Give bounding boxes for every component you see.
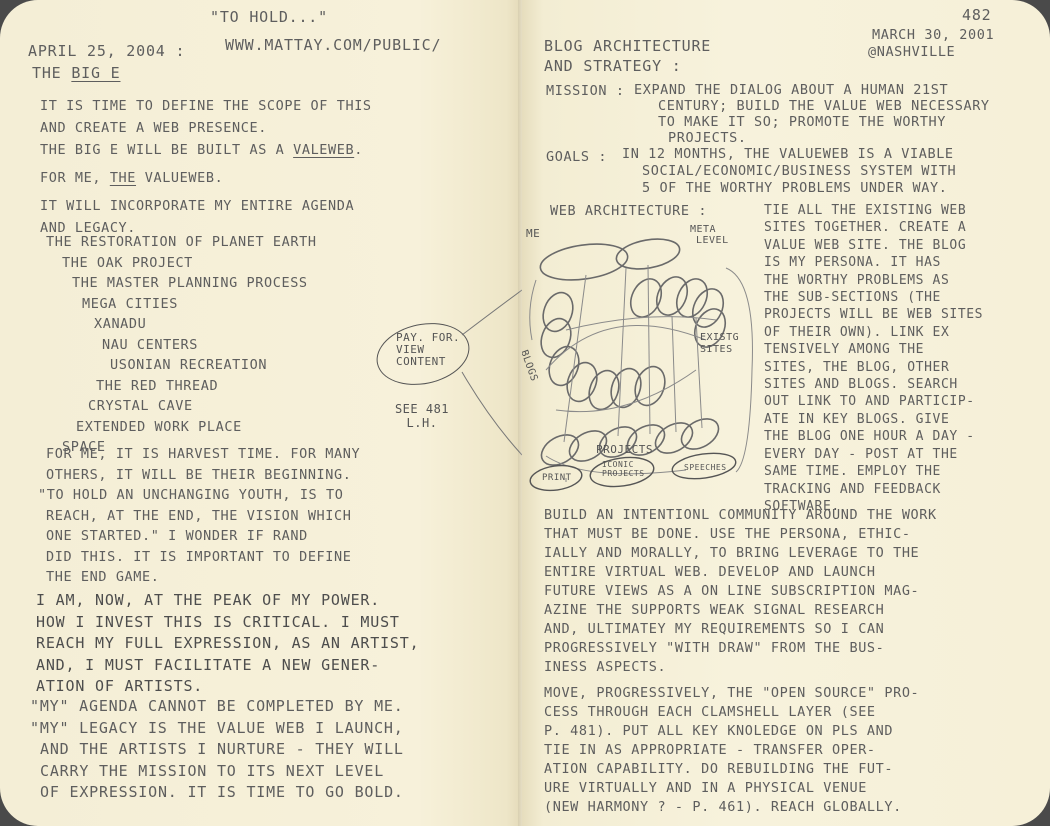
right-page: 482 MARCH 30, 2001 @NASHVILLE BLOG ARCHI… (522, 0, 1050, 826)
diagram-label-meta-level: META LEVEL (690, 224, 729, 246)
paragraph-line: (NEW HARMONY ? - P. 461). REACH GLOBALLY… (544, 798, 919, 817)
paragraph-line: OTHERS, IT WILL BE THEIR BEGINNING. (46, 465, 360, 486)
legacy-paragraph: "MY" AGENDA CANNOT BE COMPLETED BY ME. "… (30, 696, 404, 804)
paragraph-line: "MY" LEGACY IS THE VALUE WEB I LAUNCH, (30, 718, 404, 740)
left-page: "TO HOLD..." APRIL 25, 2004 : WWW.MATTAY… (0, 0, 522, 826)
paragraph-line: AZINE THE SUPPORTS WEAK SIGNAL RESEARCH (544, 601, 937, 620)
paragraph-line: ATION OF ARTISTS. (36, 676, 419, 698)
right-page-date: MARCH 30, 2001 (872, 26, 994, 44)
goals-label: GOALS : (546, 148, 607, 166)
paragraph-line: PROGRESSIVELY "WITH DRAW" FROM THE BUS- (544, 639, 937, 658)
page-number: 482 (962, 6, 992, 24)
diagram-label-print: PRINT (542, 472, 572, 484)
diagram-label-speeches: SPEECHES (684, 462, 727, 474)
community-paragraph: BUILD AN INTENTIONL COMMUNITY AROUND THE… (544, 506, 937, 677)
right-page-title: BLOG ARCHITECTURE AND STRATEGY : (544, 36, 711, 76)
right-page-location: @NASHVILLE (868, 43, 955, 61)
title-line: AND STRATEGY : (544, 56, 711, 76)
harvest-paragraph: FOR ME, IT IS HARVEST TIME. FOR MANY OTH… (46, 444, 360, 588)
paragraph-line: I AM, NOW, AT THE PEAK OF MY POWER. (36, 590, 419, 612)
paragraph-line: FOR ME, IT IS HARVEST TIME. FOR MANY (46, 444, 360, 465)
mission-label: MISSION : (546, 82, 625, 100)
web-architecture-text: TIE ALL THE EXISTING WEB SITES TOGETHER.… (764, 202, 983, 515)
paragraph-line: REACH MY FULL EXPRESSION, AS AN ARTIST, (36, 633, 419, 655)
paragraph-line: HOW I INVEST THIS IS CRITICAL. I MUST (36, 612, 419, 634)
notebook-spread: "TO HOLD..." APRIL 25, 2004 : WWW.MATTAY… (0, 0, 1050, 826)
paragraph-line: ATION CAPABILITY. DO REBUILDING THE FUT- (544, 760, 919, 779)
title-line: BLOG ARCHITECTURE (544, 36, 711, 56)
paragraph-line: AND, I MUST FACILITATE A NEW GENER- (36, 655, 419, 677)
diagram-label-existing-sites: EXISTG SITES (700, 332, 739, 356)
paragraph-line: P. 481). PUT ALL KEY KNOLEDGE ON PLS AND (544, 722, 919, 741)
paragraph-line: AND, ULTIMATEY MY REQUIREMENTS SO I CAN (544, 620, 937, 639)
paragraph-line: THAT MUST BE DONE. USE THE PERSONA, ETHI… (544, 525, 937, 544)
paragraph-line: TIE IN AS APPROPRIATE - TRANSFER OPER- (544, 741, 919, 760)
diagram-label-me: ME (526, 228, 540, 240)
paragraph-line: MOVE, PROGRESSIVELY, THE "OPEN SOURCE" P… (544, 684, 919, 703)
paragraph-line: AND THE ARTISTS I NURTURE - THEY WILL (40, 739, 404, 761)
open-source-paragraph: MOVE, PROGRESSIVELY, THE "OPEN SOURCE" P… (544, 684, 919, 817)
diagram-label-projects: PROJECTS (596, 444, 653, 456)
paragraph-line: REACH, AT THE END, THE VISION WHICH (46, 506, 360, 527)
paragraph-line: "TO HOLD AN UNCHANGING YOUTH, IS TO (38, 485, 360, 506)
paragraph-line: ENTIRE VIRTUAL WEB. DEVELOP AND LAUNCH (544, 563, 937, 582)
goals-text: IN 12 MONTHS, THE VALUEWEB IS A VIABLE S… (622, 146, 956, 197)
architecture-diagram (526, 220, 766, 500)
paragraph-line: BUILD AN INTENTIONL COMMUNITY AROUND THE… (544, 506, 937, 525)
web-architecture-label: WEB ARCHITECTURE : (550, 202, 707, 220)
paragraph-line: OF EXPRESSION. IT IS TIME TO GO BOLD. (40, 782, 404, 804)
paragraph-line: IALLY AND MORALLY, TO BRING LEVERAGE TO … (544, 544, 937, 563)
mission-text: EXPAND THE DIALOG ABOUT A HUMAN 21ST CEN… (634, 82, 990, 146)
paragraph-line: DID THIS. IT IS IMPORTANT TO DEFINE (46, 547, 360, 568)
power-paragraph: I AM, NOW, AT THE PEAK OF MY POWER. HOW … (36, 590, 419, 698)
paragraph-line: THE END GAME. (46, 567, 360, 588)
paragraph-line: "MY" AGENDA CANNOT BE COMPLETED BY ME. (30, 696, 404, 718)
paragraph-line: ONE STARTED." I WONDER IF RAND (46, 526, 360, 547)
paragraph-line: INESS ASPECTS. (544, 658, 937, 677)
paragraph-line: FUTURE VIEWS AS A ON LINE SUBSCRIPTION M… (544, 582, 937, 601)
paragraph-line: URE VIRTUALLY AND IN A PHYSICAL VENUE (544, 779, 919, 798)
paragraph-line: CESS THROUGH EACH CLAMSHELL LAYER (SEE (544, 703, 919, 722)
diagram-label-iconic-projects: ICONIC PROJECTS (602, 460, 645, 478)
paragraph-line: CARRY THE MISSION TO ITS NEXT LEVEL (40, 761, 404, 783)
